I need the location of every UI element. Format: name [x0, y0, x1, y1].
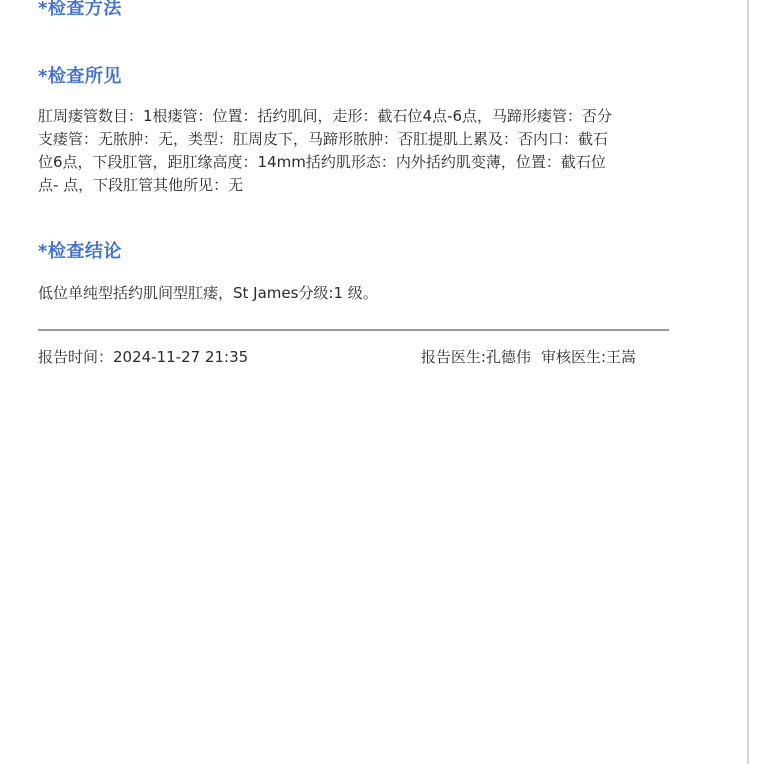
findings-line: 肛周瘘管数目：1根瘘管：位置：括约肌间，走形：截石位4点-6点，马蹄形瘘管：否分 [38, 105, 670, 128]
findings-line: 位6点，下段肛管，距肛缘高度：14mm括约肌形态：内外括约肌变薄，位置：截石位 [38, 151, 670, 174]
section-title-findings: *检查所见 [38, 62, 122, 88]
right-gutter [749, 0, 780, 764]
conclusion-line: 低位单纯型括约肌间型肛瘘，St James分级:1 级。 [38, 282, 670, 305]
review-doctor: 审核医生:王嵩 [541, 348, 636, 366]
report-doctor: 报告医生:孔德伟 [421, 348, 531, 366]
findings-text: 肛周瘘管数目：1根瘘管：位置：括约肌间，走形：截石位4点-6点，马蹄形瘘管：否分… [38, 105, 670, 197]
report-time: 报告时间：2024-11-27 21:35 [38, 346, 248, 367]
doctor-info: 报告医生:孔德伟审核医生:王嵩 [421, 346, 636, 367]
section-title-method: *检查方法 [38, 0, 122, 20]
section-title-conclusion: *检查结论 [38, 237, 122, 263]
footer-divider [38, 329, 669, 331]
report-page: *检查方法 *检查所见 肛周瘘管数目：1根瘘管：位置：括约肌间，走形：截石位4点… [0, 0, 747, 764]
findings-line: 支瘘管：无脓肿：无，类型：肛周皮下，马蹄形脓肿：否肛提肌上累及：否内口：截石 [38, 128, 670, 151]
conclusion-text: 低位单纯型括约肌间型肛瘘，St James分级:1 级。 [38, 282, 670, 305]
findings-line: 点- 点，下段肛管其他所见：无 [38, 174, 670, 197]
